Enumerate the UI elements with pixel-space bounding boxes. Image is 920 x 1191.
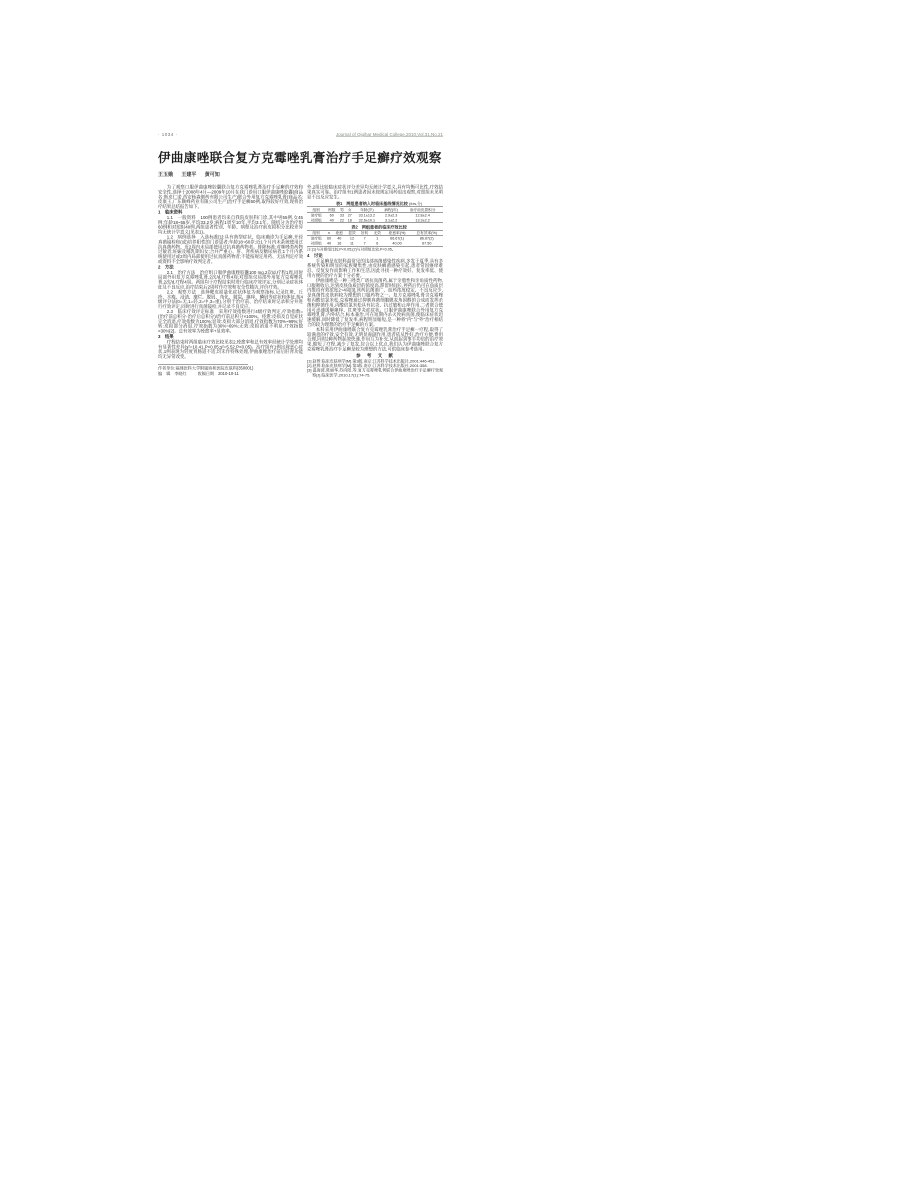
footnote-divider	[158, 364, 248, 365]
table-2-block: 表2 两组患者的临床疗效比较 组别 n 痊愈 显效 好转 无效 痊愈率(%)	[307, 225, 443, 252]
left-column: 为了观察口服伊曲康唑胶囊联合复方克霉唑乳膏治疗手足癣的疗效和安全性,选择于200…	[158, 185, 303, 570]
table-cell: 18	[346, 218, 354, 223]
page-canvas: { "colors": { "page_bg": "#ffffff", "tex…	[0, 0, 920, 1191]
table-cell: 40	[325, 241, 333, 246]
section-2-1-paragraph: 2.1 治疗方法 治疗组口服伊曲康唑胶囊100 mg,2次/d,疗程1周,同时局…	[158, 270, 303, 290]
table-1-block: 表1 两组患者纳入时临床基线情况比较 (x̄±s,分) 组别 例数 男 女 年龄…	[307, 202, 443, 223]
table-cell: 22	[338, 218, 346, 223]
table-1-caption-text: 表1 两组患者纳入时临床基线情况比较	[336, 202, 408, 207]
baseline-table: 组别 例数 男 女 年龄(岁) 病程(年) 治疗前皮损积分 治疗	[307, 207, 443, 224]
references-heading: 参 考 文 献	[307, 353, 443, 358]
table-cell: 13.3±2.2	[402, 218, 443, 223]
article-title: 伊曲康唑联合复方克霉唑乳膏治疗手足癣疗效观察	[158, 151, 443, 165]
intro-paragraph: 为了观察口服伊曲康唑胶囊联合复方克霉唑乳膏治疗手足癣的疗效和安全性,选择于200…	[158, 185, 303, 209]
author-name: 王建平	[181, 172, 196, 178]
section-1-2-paragraph: 1.2 病例选择 入选标准[1]:具有典型症状、临床确诊为手足癣,并经真菌镜检和…	[158, 235, 303, 264]
authors-row: 王玉娥 王建平 黄可知	[158, 170, 443, 178]
table-cell: 对照组	[307, 218, 325, 223]
section-2-3-paragraph: 2.3 临床疗效评定标准 采用疗效指数进行4级疗效判定,疗效指数=(治疗前总积分…	[158, 309, 303, 333]
table-cell: 16	[333, 241, 346, 246]
table-1-unit: (x̄±s,分)	[409, 202, 422, 207]
editor-note: 编 辑 李晓红	[158, 372, 187, 377]
discussion-paragraph-1: 手足癣是皮肤科最常见的浅部真菌感染性疾病,多发于夏季,具有多系统传染和明显的家族…	[307, 259, 443, 279]
author-name: 王玉娥	[158, 172, 173, 178]
two-column-body: 为了观察口服伊曲康唑胶囊联合复方克霉唑乳膏治疗手足癣的疗效和安全性,选择于200…	[158, 185, 443, 570]
discussion-paragraph-3: 本科采用伊曲康唑联合复方克霉唑乳膏治疗手足癣一疗程,取得了较满意的疗效,安全有效…	[307, 327, 443, 351]
journal-header: · 1034 · Journal of Qiqihar Medical Coll…	[158, 132, 443, 142]
table-row: 对照组 40 22 18 32.6±10.1 3.1±2.2 13.3±2.2	[307, 218, 443, 223]
journal-reference: Journal of Qiqihar Medical College,2010,…	[336, 132, 443, 137]
scanned-paper-page: · 1034 · Journal of Qiqihar Medical Coll…	[158, 132, 443, 570]
author-affiliation: 作者单位:福建医科大学附属协和医院皮肤科(350001)	[158, 366, 303, 371]
right-column: 外,2组比较临床症状评分差异均无统计学意义,具有均衡可比性,疗效结果真实可靠。治…	[307, 185, 443, 570]
table-cell: 对照组	[307, 241, 325, 246]
footnote-block: 作者单位:福建医科大学附属协和医院皮肤科(350001) 编 辑 李晓红 收稿日…	[158, 364, 303, 376]
table-cell: 32.6±10.1	[354, 218, 380, 223]
received-date: 收稿日期 2010-10-11	[198, 372, 239, 377]
table-row: 对照组 40 16 11 7 6 40.00 67.50	[307, 241, 443, 246]
table-cell: 40.00	[384, 241, 411, 246]
author-name: 黄可知	[205, 172, 220, 178]
section-1-1-paragraph: 1.1 一般资料 100例患者均来自我院皮肤科门诊,其中男55例,女45例;年龄…	[158, 215, 303, 235]
table-row: 组别 n 痊愈 显效 好转 无效 痊愈率(%) 总有效率(%)	[307, 230, 443, 236]
reference-item: [3] 温海波,陈丽华,苏向阳,等.复方克霉唑乳膏联合伊曲康唑治疗手足癣疗效观察…	[307, 368, 443, 377]
continuation-paragraph: 外,2组比较临床症状评分差异均无统计学意义,具有均衡可比性,疗效结果真实可靠。治…	[307, 185, 443, 200]
table-cell: 6	[371, 241, 384, 246]
table-cell: 7	[358, 241, 371, 246]
discussion-paragraph-2: 伊曲康唑是一种三唑类广谱抗真菌药,属于亲脂性和亲角质性药物,口服吸收后,达到皮肤…	[307, 278, 443, 327]
footnote-meta-row: 编 辑 李晓红 收稿日期 2010-10-11	[158, 372, 303, 377]
table-cell: 3.1±2.2	[380, 218, 402, 223]
table-cell: 11	[346, 241, 359, 246]
table-cell: 40	[325, 218, 338, 223]
section-2-2-paragraph: 2.2 观察方法 选择靶皮损量化症状体征为观察指标,记录红斑、丘疹、水疱、浸渍、…	[158, 290, 303, 310]
results-paragraph: 疗程结束时两组临床疗效比较见表2,痊愈率和总有效率经统计学处理均有显著性差异(χ…	[158, 340, 303, 360]
efficacy-table: 组别 n 痊愈 显效 好转 无效 痊愈率(%) 总有效率(%)	[307, 230, 443, 247]
table-cell: 67.50	[411, 241, 444, 246]
table-2-note: 注:(1)与对照组比较,P<0.05;(2)与对照组比较,P<0.05。	[307, 247, 443, 252]
page-number: · 1034 ·	[158, 132, 178, 137]
